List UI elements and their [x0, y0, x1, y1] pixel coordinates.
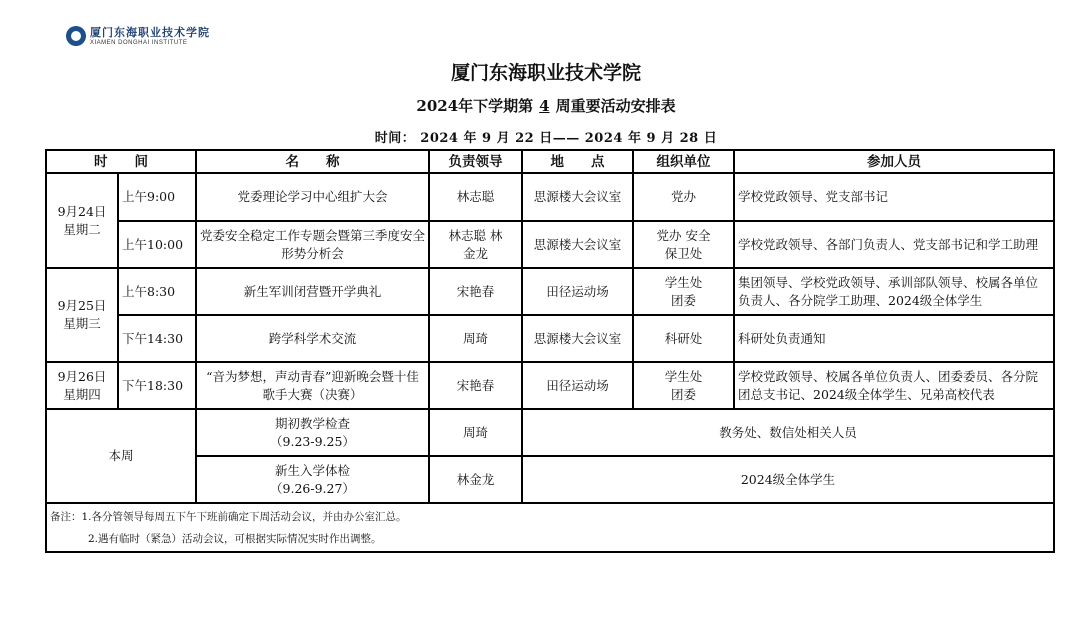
table-row: 上午10:00 党委安全稳定工作专题会暨第三季度安全形势分析会 林志聪 林金龙 …: [46, 221, 1054, 268]
time-cell: 上午10:00: [118, 221, 196, 268]
note-2: 2.遇有临时（紧急）活动会议，可根据实际情况实时作出调整。: [50, 528, 1050, 550]
day-cell: 9月26日星期四: [46, 362, 118, 409]
logo-cn-text: 厦门东海职业技术学院: [90, 27, 210, 38]
leader-cell: 周琦: [429, 409, 522, 456]
time-cell: 下午18:30: [118, 362, 196, 409]
location-cell: 思源楼大会议室: [522, 315, 633, 362]
leader-cell: 周琦: [429, 315, 522, 362]
header-organizer: 组织单位: [633, 150, 734, 173]
week-event-name: 新生入学体检（9.26-9.27）: [196, 456, 429, 503]
note-1: 备注：1.各分管领导每周五下午下班前确定下周活动会议，并由办公室汇总。: [50, 506, 1050, 528]
leader-cell: 宋艳春: [429, 362, 522, 409]
location-cell: 田径运动场: [522, 268, 633, 315]
day-cell: 9月24日星期二: [46, 173, 118, 268]
event-name: “音为梦想，声动青春”迎新晚会暨十佳歌手大赛（决赛）: [196, 362, 429, 409]
day-cell: 9月25日星期三: [46, 268, 118, 362]
logo-en-text: XIAMEN DONGHAI INSTITUTE: [90, 40, 210, 46]
organizer-cell: 党办 安全保卫处: [633, 221, 734, 268]
table-header-row: 时 间 名 称 负责领导 地 点 组织单位 参加人员: [46, 150, 1054, 173]
participants-cell: 学校党政领导、党支部书记: [734, 173, 1054, 221]
time-cell: 上午8:30: [118, 268, 196, 315]
page-title: 厦门东海职业技术学院: [0, 58, 1092, 85]
location-cell: 田径运动场: [522, 362, 633, 409]
time-cell: 下午14:30: [118, 315, 196, 362]
schedule-table: 时 间 名 称 负责领导 地 点 组织单位 参加人员 9月24日星期二 上午9:…: [45, 149, 1055, 553]
time-cell: 上午9:00: [118, 173, 196, 221]
organizer-cell: 党办: [633, 173, 734, 221]
header-leader: 负责领导: [429, 150, 522, 173]
week-label: 本周: [46, 409, 196, 503]
table-row: 9月26日星期四 下午18:30 “音为梦想，声动青春”迎新晚会暨十佳歌手大赛（…: [46, 362, 1054, 409]
event-name: 党委理论学习中心组扩大会: [196, 173, 429, 221]
participants-cell: 集团领导、学校党政领导、承训部队领导、校属各单位负责人、各分院学工助理、2024…: [734, 268, 1054, 315]
event-name: 党委安全稳定工作专题会暨第三季度安全形势分析会: [196, 221, 429, 268]
table-row: 9月24日星期二 上午9:00 党委理论学习中心组扩大会 林志聪 思源楼大会议室…: [46, 173, 1054, 221]
date-range: 时间： 2024 年 9 月 22 日—— 2024 年 9 月 28 日: [0, 127, 1092, 146]
notes-cell: 备注：1.各分管领导每周五下午下班前确定下周活动会议，并由办公室汇总。 2.遇有…: [46, 503, 1054, 552]
participants-cell: 学校党政领导、各部门负责人、党支部书记和学工助理: [734, 221, 1054, 268]
header-participants: 参加人员: [734, 150, 1054, 173]
leader-cell: 林志聪 林金龙: [429, 221, 522, 268]
leader-cell: 宋艳春: [429, 268, 522, 315]
school-emblem-icon: [66, 26, 86, 46]
organizer-cell: 学生处 团委: [633, 362, 734, 409]
organizer-cell: 学生处 团委: [633, 268, 734, 315]
participants-cell: 2024级全体学生: [522, 456, 1054, 503]
organizer-cell: 科研处: [633, 315, 734, 362]
participants-cell: 教务处、数信处相关人员: [522, 409, 1054, 456]
header-time: 时 间: [46, 150, 196, 173]
header-name: 名 称: [196, 150, 429, 173]
notes-row: 备注：1.各分管领导每周五下午下班前确定下周活动会议，并由办公室汇总。 2.遇有…: [46, 503, 1054, 552]
week-event-name: 期初教学检查（9.23-9.25）: [196, 409, 429, 456]
event-name: 新生军训闭营暨开学典礼: [196, 268, 429, 315]
subtitle-prefix: 2024年下学期第: [416, 97, 533, 115]
header-location: 地 点: [522, 150, 633, 173]
subtitle-suffix: 周重要活动安排表: [556, 97, 676, 115]
table-row: 下午14:30 跨学科学术交流 周琦 思源楼大会议室 科研处 科研处负责通知: [46, 315, 1054, 362]
week-row: 新生入学体检（9.26-9.27） 林金龙 2024级全体学生: [46, 456, 1054, 503]
schedule-subtitle: 2024年下学期第4周重要活动安排表: [0, 95, 1092, 116]
leader-cell: 林志聪: [429, 173, 522, 221]
week-row: 本周 期初教学检查（9.23-9.25） 周琦 教务处、数信处相关人员: [46, 409, 1054, 456]
event-name: 跨学科学术交流: [196, 315, 429, 362]
location-cell: 思源楼大会议室: [522, 221, 633, 268]
week-number: 4: [533, 97, 555, 115]
school-logo: 厦门东海职业技术学院 XIAMEN DONGHAI INSTITUTE: [66, 26, 210, 46]
table-row: 9月25日星期三 上午8:30 新生军训闭营暨开学典礼 宋艳春 田径运动场 学生…: [46, 268, 1054, 315]
participants-cell: 科研处负责通知: [734, 315, 1054, 362]
participants-cell: 学校党政领导、校属各单位负责人、团委委员、各分院团总支书记、2024级全体学生、…: [734, 362, 1054, 409]
location-cell: 思源楼大会议室: [522, 173, 633, 221]
leader-cell: 林金龙: [429, 456, 522, 503]
